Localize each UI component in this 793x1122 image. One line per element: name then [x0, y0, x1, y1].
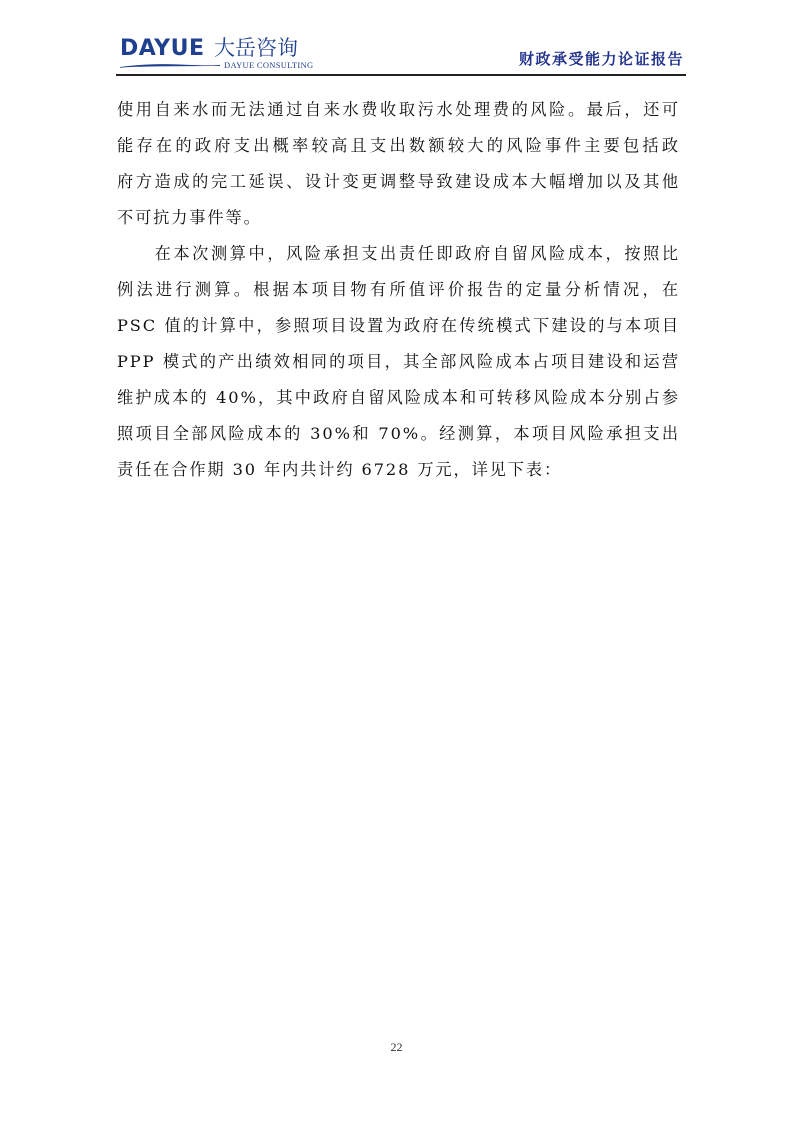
text-line: 例法进行测算。根据本项目物有所值评价报告的定量分析情况，在: [117, 272, 680, 308]
text-line: 责任在合作期 30 年内共计约 6728 万元，详见下表：: [117, 452, 680, 488]
text-line: 能存在的政府支出概率较高且支出数额较大的风险事件主要包括政: [117, 128, 680, 164]
paragraph-risk-events: 使用自来水而无法通过自来水费收取污水处理费的风险。最后，还可 能存在的政府支出概…: [117, 92, 680, 236]
logo-brand-cn: 大岳咨询: [214, 37, 298, 59]
logo-swoosh-icon: [120, 63, 220, 68]
logo-brand-sub: DAYUE CONSULTING: [224, 60, 313, 70]
text-line: 照项目全部风险成本的 30%和 70%。经测算，本项目风险承担支出: [117, 416, 680, 452]
text-line: 使用自来水而无法通过自来水费收取污水处理费的风险。最后，还可: [117, 92, 680, 128]
document-body: 使用自来水而无法通过自来水费收取污水处理费的风险。最后，还可 能存在的政府支出概…: [117, 92, 680, 488]
page-number: 22: [0, 1040, 793, 1055]
text-line: PPP 模式的产出绩效相同的项目，其全部风险成本占项目建设和运营: [117, 344, 680, 380]
report-title: 财政承受能力论证报告: [519, 48, 684, 69]
paragraph-risk-calculation: 在本次测算中，风险承担支出责任即政府自留风险成本，按照比 例法进行测算。根据本项…: [117, 236, 680, 488]
page-header: DAYUE 大岳咨询 DAYUE CONSULTING 财政承受能力论证报告: [116, 30, 686, 76]
logo-brand-en: DAYUE: [120, 38, 205, 60]
dayue-logo: DAYUE 大岳咨询 DAYUE CONSULTING: [120, 36, 330, 72]
text-line: PSC 值的计算中，参照项目设置为政府在传统模式下建设的与本项目: [117, 308, 680, 344]
header-divider: [116, 74, 686, 76]
text-line: 府方造成的完工延误、设计变更调整导致建设成本大幅增加以及其他: [117, 164, 680, 200]
text-line: 在本次测算中，风险承担支出责任即政府自留风险成本，按照比: [117, 236, 680, 272]
text-line: 维护成本的 40%，其中政府自留风险成本和可转移风险成本分别占参: [117, 380, 680, 416]
text-line: 不可抗力事件等。: [117, 200, 680, 236]
